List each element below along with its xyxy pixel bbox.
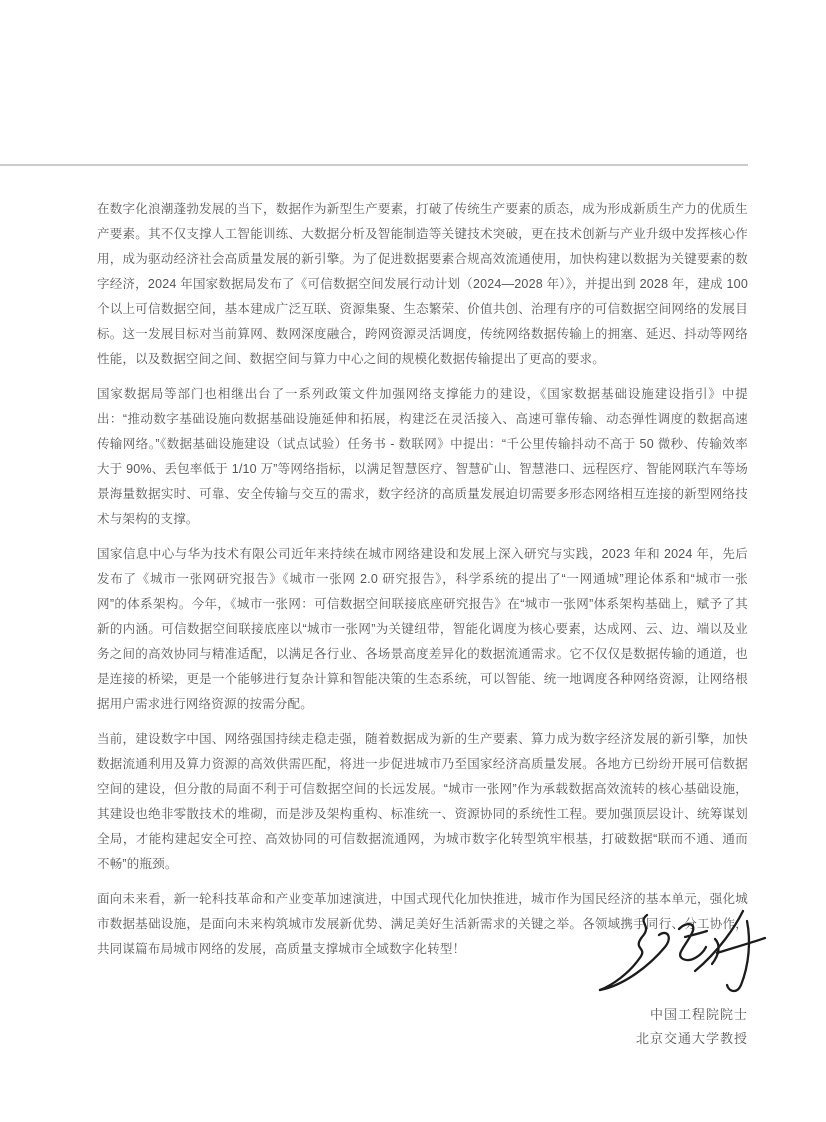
signature-titles: 中国工程院院士 北京交通大学教授 bbox=[636, 1003, 748, 1051]
signer-title-academician: 中国工程院院士 bbox=[636, 1003, 748, 1027]
header-divider-rule bbox=[0, 164, 748, 166]
handwritten-signature-icon bbox=[595, 907, 770, 997]
paragraph-2: 国家数据局等部门也相继出台了一系列政策文件加强网络支撑能力的建设，《国家数据基础… bbox=[97, 382, 748, 532]
paragraph-1: 在数字化浪潮蓬勃发展的当下，数据作为新型生产要素，打破了传统生产要素的质态，成为… bbox=[97, 197, 748, 372]
signer-title-professor: 北京交通大学教授 bbox=[636, 1027, 748, 1051]
preface-body: 在数字化浪潮蓬勃发展的当下，数据作为新型生产要素，打破了传统生产要素的质态，成为… bbox=[97, 197, 748, 962]
preface-page: 在数字化浪潮蓬勃发展的当下，数据作为新型生产要素，打破了传统生产要素的质态，成为… bbox=[0, 0, 826, 1122]
paragraph-4: 当前，建设数字中国、网络强国持续走稳走强，随着数据成为新的生产要素、算力成为数字… bbox=[97, 727, 748, 877]
paragraph-3: 国家信息中心与华为技术有限公司近年来持续在城市网络建设和发展上深入研究与实践，2… bbox=[97, 542, 748, 717]
signature-block: 中国工程院院士 北京交通大学教授 bbox=[428, 907, 748, 1051]
